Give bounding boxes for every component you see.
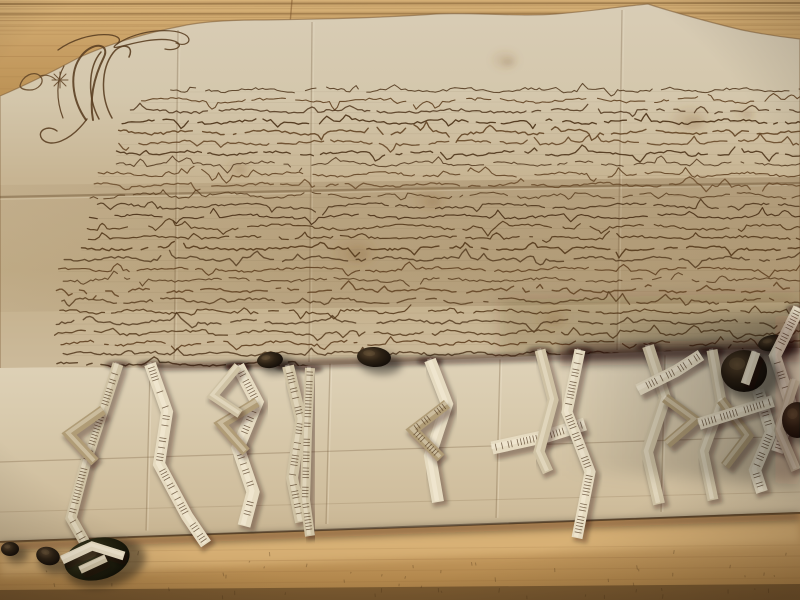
photo-medieval-charter-on-table [0,0,800,600]
shadow-overlay [0,0,800,600]
photo-vignette [0,0,800,600]
charter-scene [0,0,800,600]
